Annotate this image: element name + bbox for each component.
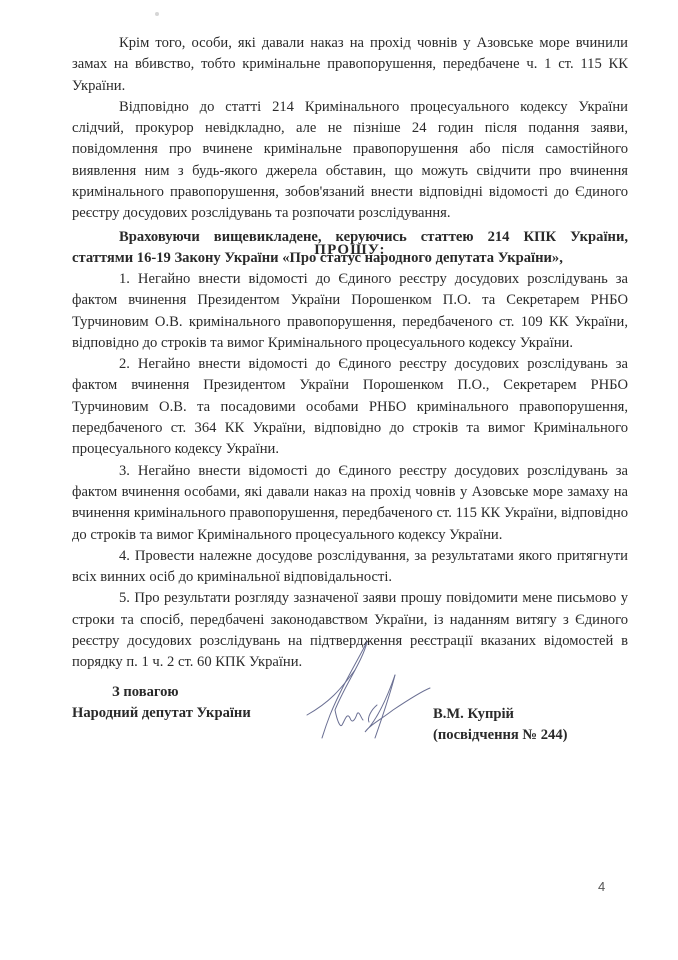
request-item-3: 3. Негайно внести відомості до Єдиного р… — [72, 461, 628, 546]
intro-section: Крім того, особи, які давали наказ на пр… — [72, 33, 628, 269]
intro-paragraph-1: Крім того, особи, які давали наказ на пр… — [72, 33, 628, 97]
handwritten-signature-icon — [295, 640, 440, 750]
signer-position: Народний депутат України — [72, 705, 251, 722]
scan-speck — [155, 12, 159, 16]
document-page: Крім того, особи, які давали наказ на пр… — [0, 0, 678, 960]
intro-paragraph-2: Відповідно до статті 214 Кримінального п… — [72, 97, 628, 225]
request-heading: ПРОШУ: — [72, 242, 628, 259]
salutation: З повагою — [112, 684, 179, 701]
signer-name: В.М. Купрій — [433, 706, 514, 723]
request-item-2: 2. Негайно внести відомості до Єдиного р… — [72, 354, 628, 460]
request-item-4: 4. Провести належне досудове розслідуван… — [72, 546, 628, 589]
page-number: 4 — [598, 879, 605, 894]
requests-list: 1. Негайно внести відомості до Єдиного р… — [72, 269, 628, 674]
request-item-1: 1. Негайно внести відомості до Єдиного р… — [72, 269, 628, 354]
signer-credential: (посвідчення № 244) — [433, 727, 568, 744]
